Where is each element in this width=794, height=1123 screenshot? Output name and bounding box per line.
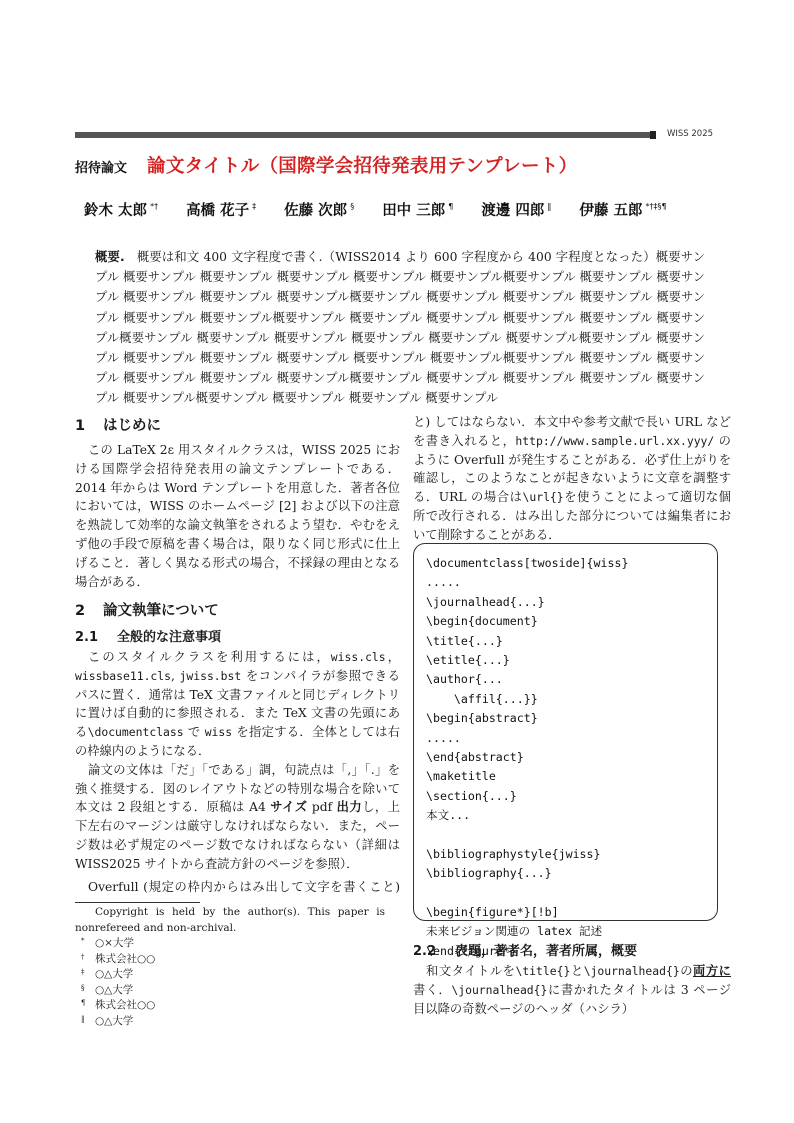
affiliation-marks: *† (150, 202, 158, 211)
url-example: http://www.sample.url.xx.yyy/ (515, 434, 714, 448)
paragraph: Overfull (規定の枠内からはみ出して文字を書くこと) してはならない．本… (75, 878, 400, 897)
code-line: ..... (426, 729, 705, 748)
section-title: 論文執筆について (103, 603, 219, 619)
paragraph: このスタイルクラスを利用するには，wiss.cls，wissbase11.cls… (75, 648, 400, 761)
author: 渡邊 四郎‖ (481, 199, 551, 220)
code-inline: \title{} (515, 964, 570, 978)
subsection-heading: 2.2表題，著者名，著者所属，概要 (413, 940, 731, 959)
code-inline: jwiss.bst (180, 669, 242, 683)
affiliation-text: ○△大学 (95, 1014, 133, 1030)
subsection-title: 表題，著者名，著者所属，概要 (455, 944, 637, 959)
section-2: 2論文執筆について 2.1全般的な注意事項 このスタイルクラスを利用するには，w… (75, 599, 400, 874)
author-name: 田中 三郎 (382, 203, 445, 219)
code-inline: \journalhead{} (451, 983, 547, 997)
code-line: \title{...} (426, 632, 705, 651)
invited-paper-label: 招待論文 (75, 157, 127, 176)
footnote-mark: § (81, 983, 95, 999)
code-line: 未来ビジョン関連の latex 記述 (426, 922, 705, 941)
code-line: \maketitle (426, 767, 705, 786)
text: 和文タイトルを (426, 964, 515, 978)
code-line: \begin{document} (426, 612, 705, 631)
text: と (570, 964, 583, 978)
code-inline: wissbase11.cls (75, 669, 171, 683)
affiliation-text: ○×大学 (95, 936, 134, 952)
affiliation-text: 株式会社○○ (95, 952, 155, 968)
section-number: 2 (75, 603, 103, 619)
code-inline: wiss (205, 725, 232, 739)
section-title: はじめに (103, 418, 161, 434)
affiliation-footnote: †株式会社○○ (75, 952, 385, 968)
text: ， (386, 650, 400, 664)
affiliation-marks: *†‡§¶ (645, 202, 666, 211)
author: 田中 三郎¶ (382, 199, 453, 220)
section-heading: 2論文執筆について (75, 599, 400, 620)
paragraph: 和文タイトルを\title{}と\journalhead{}の両方に書く．\jo… (413, 962, 731, 1018)
footnote-mark: * (81, 936, 95, 952)
affiliation-footnote: *○×大学 (75, 936, 385, 952)
copyright-notice: Copyright is held by the author(s). This… (75, 905, 385, 936)
paragraph: 論文の文体は「だ」「である」調，句読点は「,」「.」を強く推奨する．図のレイアウ… (75, 761, 400, 874)
code-line (426, 825, 705, 844)
footnote-mark: ¶ (81, 998, 95, 1014)
code-line: \bibliographystyle{jwiss} (426, 845, 705, 864)
author: 佐藤 次郎§ (284, 199, 354, 220)
code-line: ..... (426, 573, 705, 592)
author-name: 佐藤 次郎 (284, 203, 347, 219)
affiliation-footnote: ‡○△大学 (75, 967, 385, 983)
code-line: \etitle{...} (426, 651, 705, 670)
affiliation-marks: ‖ (547, 202, 551, 211)
header-rule-end (650, 131, 656, 139)
section-heading: 1はじめに (75, 414, 400, 435)
text: pdf (308, 800, 337, 814)
paragraph-overfull-start: Overfull (規定の枠内からはみ出して文字を書くこと) してはならない．本… (75, 878, 400, 897)
code-inline: wiss.cls (331, 650, 386, 664)
header-rule (75, 132, 655, 138)
subsection-title: 全般的な注意事項 (117, 630, 221, 645)
code-line: \affil{...}} (426, 690, 705, 709)
affiliation-text: ○△大学 (95, 983, 133, 999)
section-number: 1 (75, 418, 103, 434)
abstract-label: 概要. (95, 250, 125, 264)
code-line: \author{... (426, 670, 705, 689)
code-line: \journalhead{...} (426, 593, 705, 612)
text: の (680, 964, 693, 978)
footnote-mark: ‖ (81, 1014, 95, 1030)
code-line: \documentclass[twoside]{wiss} (426, 554, 705, 573)
footnotes: Copyright is held by the author(s). This… (75, 905, 385, 1029)
latex-code-box: \documentclass[twoside]{wiss} ..... \jou… (413, 543, 718, 921)
affiliation-footnote: ¶株式会社○○ (75, 998, 385, 1014)
code-inline: \documentclass (88, 725, 184, 739)
affiliation-footnote: ‖○△大学 (75, 1014, 385, 1030)
author: 高橋 花子‡ (186, 199, 256, 220)
paragraph: と) してはならない．本文中や参考文献で長い URL などを書き入れると，htt… (413, 413, 731, 545)
affiliation-text: 株式会社○○ (95, 998, 155, 1014)
bold-underlined-text: 両方に (693, 964, 731, 978)
text: で (184, 725, 205, 739)
author: 伊藤 五郎*†‡§¶ (579, 199, 666, 220)
author-name: 鈴木 太郎 (84, 203, 147, 219)
section-1: 1はじめに この LaTeX 2ε 用スタイルクラスは，WISS 2025 にお… (75, 414, 400, 591)
code-line: \end{abstract} (426, 748, 705, 767)
bold-text: サイズ (270, 800, 307, 814)
author-name: 伊藤 五郎 (579, 203, 642, 219)
author-list: 鈴木 太郎*† 高橋 花子‡ 佐藤 次郎§ 田中 三郎¶ 渡邊 四郎‖ 伊藤 五… (84, 199, 724, 220)
code-line: \begin{figure*}[!b] (426, 903, 705, 922)
code-inline: \journalhead{} (584, 964, 680, 978)
section-2-2: 2.2表題，著者名，著者所属，概要 和文タイトルを\title{}と\journ… (413, 940, 731, 1018)
affiliation-text: ○△大学 (95, 967, 133, 983)
affiliation-marks: ‡ (252, 202, 256, 211)
running-head: WISS 2025 (667, 129, 713, 139)
text: , (171, 669, 180, 683)
footnote-mark: † (81, 952, 95, 968)
title-block: 招待論文 論文タイトル（国際学会招待発表用テンプレート） (75, 152, 577, 178)
code-line: \bibliography{...} (426, 864, 705, 883)
author-name: 渡邊 四郎 (481, 203, 544, 219)
subsection-number: 2.2 (413, 944, 455, 959)
author: 鈴木 太郎*† (84, 199, 158, 220)
affiliation-footnote: §○△大学 (75, 983, 385, 999)
text: 書く． (413, 983, 451, 997)
footnote-rule (75, 902, 200, 903)
code-line: \section{...} (426, 787, 705, 806)
bold-text: 出力 (337, 800, 363, 814)
affiliation-marks: ¶ (448, 202, 453, 211)
code-line: \begin{abstract} (426, 709, 705, 728)
subsection-heading: 2.1全般的な注意事項 (75, 626, 400, 645)
code-line (426, 884, 705, 903)
paragraph: この LaTeX 2ε 用スタイルクラスは，WISS 2025 における国際学会… (75, 441, 400, 591)
paragraph-overfull-cont: と) してはならない．本文中や参考文献で長い URL などを書き入れると，htt… (413, 413, 731, 545)
affiliation-marks: § (350, 202, 354, 211)
abstract: 概要.概要は和文 400 文字程度で書く.（WISS2014 より 600 字程… (95, 247, 705, 409)
author-name: 高橋 花子 (186, 203, 249, 219)
paper-title: 論文タイトル（国際学会招待発表用テンプレート） (147, 152, 577, 178)
subsection-number: 2.1 (75, 630, 117, 645)
abstract-text: 概要は和文 400 文字程度で書く.（WISS2014 より 600 字程度から… (95, 250, 705, 405)
footnote-mark: ‡ (81, 967, 95, 983)
text: このスタイルクラスを利用するには， (88, 650, 331, 664)
code-inline: \url{} (523, 490, 564, 504)
code-line: 本文... (426, 806, 705, 825)
